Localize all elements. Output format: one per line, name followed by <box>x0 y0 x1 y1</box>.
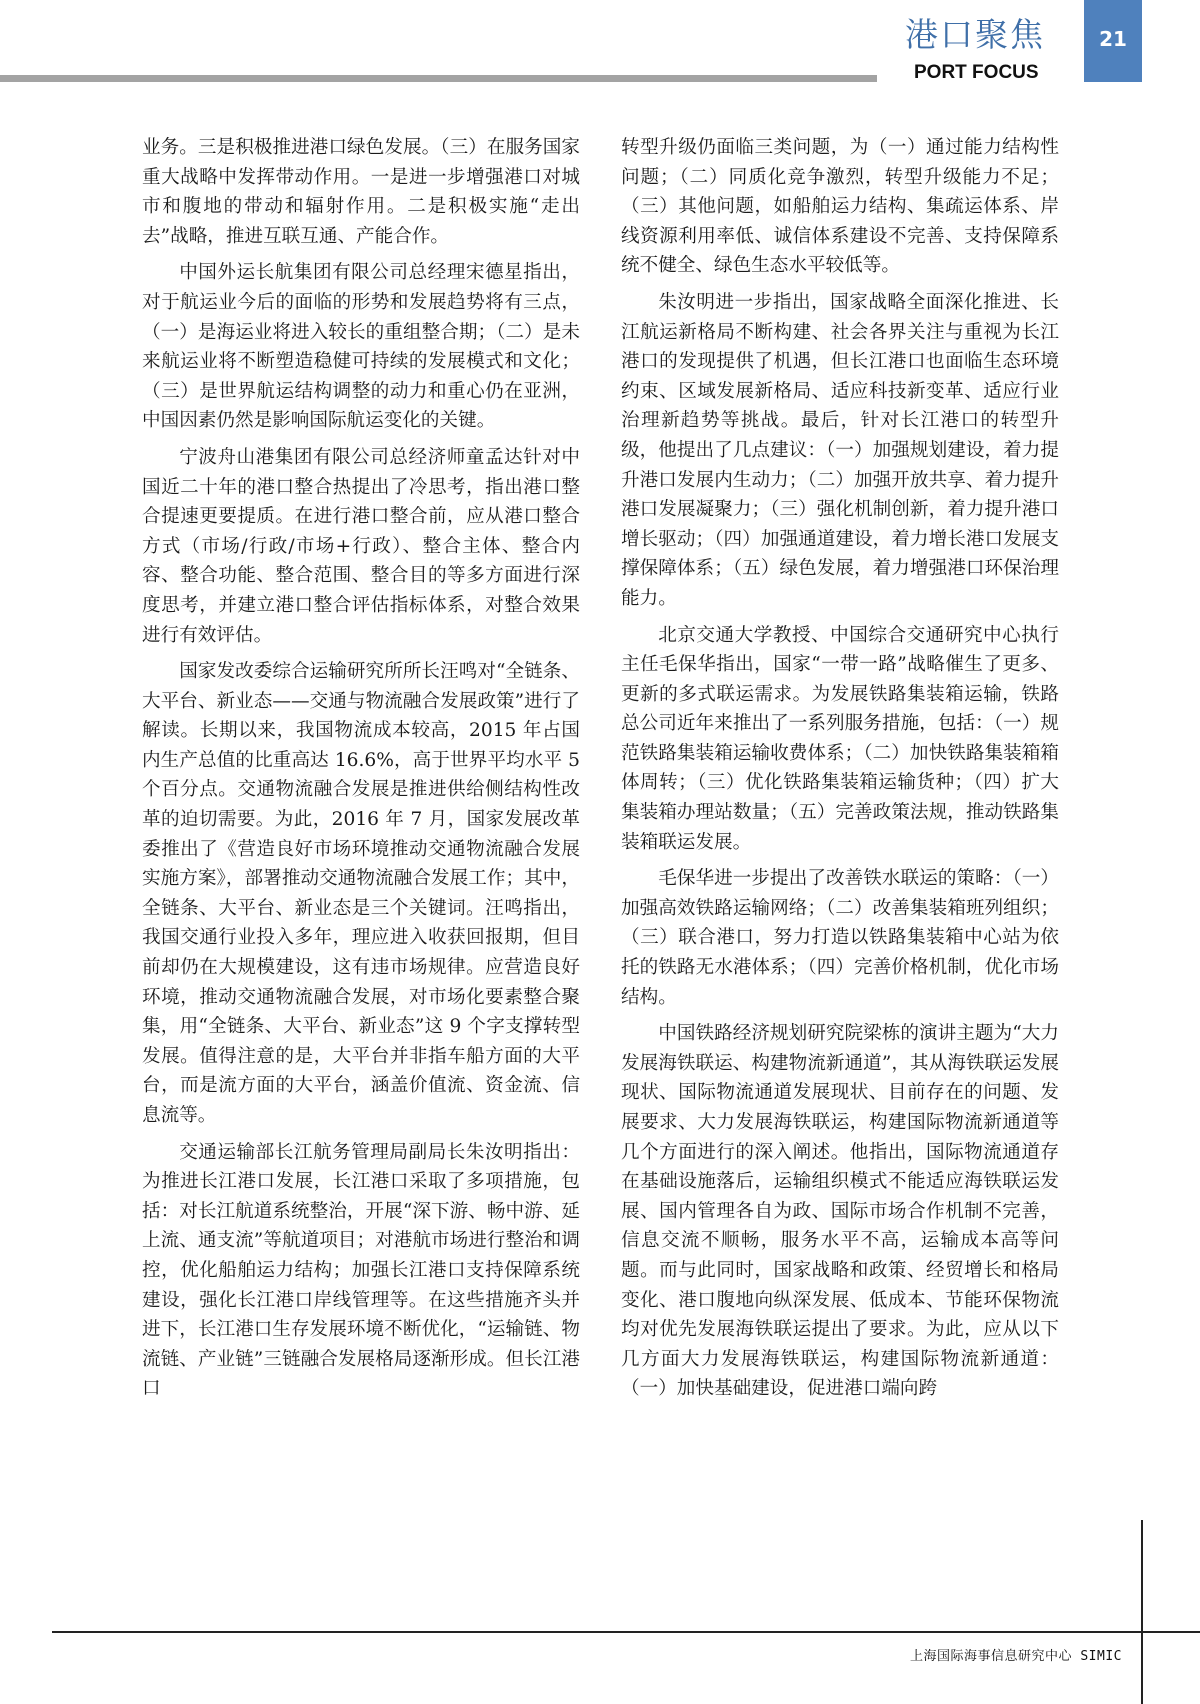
right-column: 转型升级仍面临三类问题，为（一）通过能力结构性问题；（二）同质化竞争激烈，转型升… <box>621 133 1059 1411</box>
footer-organization: 上海国际海事信息研究中心 SIMIC <box>910 1645 1122 1664</box>
paragraph: 朱汝明进一步指出，国家战略全面深化推进、长江航运新格局不断构建、社会各界关注与重… <box>621 288 1059 614</box>
page-number: 21 <box>1099 27 1127 51</box>
footer-horizontal-rule <box>52 1631 1200 1633</box>
footer-vertical-rule <box>1141 1520 1143 1704</box>
paragraph: 中国外运长航集团有限公司总经理宋德星指出，对于航运业今后的面临的形势和发展趋势将… <box>142 258 580 436</box>
paragraph: 北京交通大学教授、中国综合交通研究中心执行主任毛保华指出，国家“一带一路”战略催… <box>621 621 1059 858</box>
paragraph: 转型升级仍面临三类问题，为（一）通过能力结构性问题；（二）同质化竞争激烈，转型升… <box>621 133 1059 281</box>
paragraph: 宁波舟山港集团有限公司总经济师童孟达针对中国近二十年的港口整合热提出了冷思考，指… <box>142 443 580 650</box>
paragraph: 交通运输部长江航务管理局副局长朱汝明指出：为推进长江港口发展，长江港口采取了多项… <box>142 1138 580 1404</box>
left-column: 业务。三是积极推进港口绿色发展。（三）在服务国家重大战略中发挥带动作用。一是进一… <box>142 133 580 1411</box>
section-title-chinese: 港口聚焦 <box>905 18 1045 51</box>
section-title-english: PORT FOCUS <box>914 63 1039 82</box>
page-number-badge: 21 <box>1084 0 1142 82</box>
paragraph: 毛保华进一步提出了改善铁水联运的策略：（一）加强高效铁路运输网络；（二）改善集装… <box>621 864 1059 1012</box>
header-divider-bar <box>0 75 877 82</box>
paragraph: 业务。三是积极推进港口绿色发展。（三）在服务国家重大战略中发挥带动作用。一是进一… <box>142 133 580 251</box>
paragraph: 中国铁路经济规划研究院梁栋的演讲主题为“大力发展海铁联运、构建物流新通道”，其从… <box>621 1019 1059 1404</box>
paragraph: 国家发改委综合运输研究所所长汪鸣对“全链条、大平台、新业态——交通与物流融合发展… <box>142 657 580 1131</box>
